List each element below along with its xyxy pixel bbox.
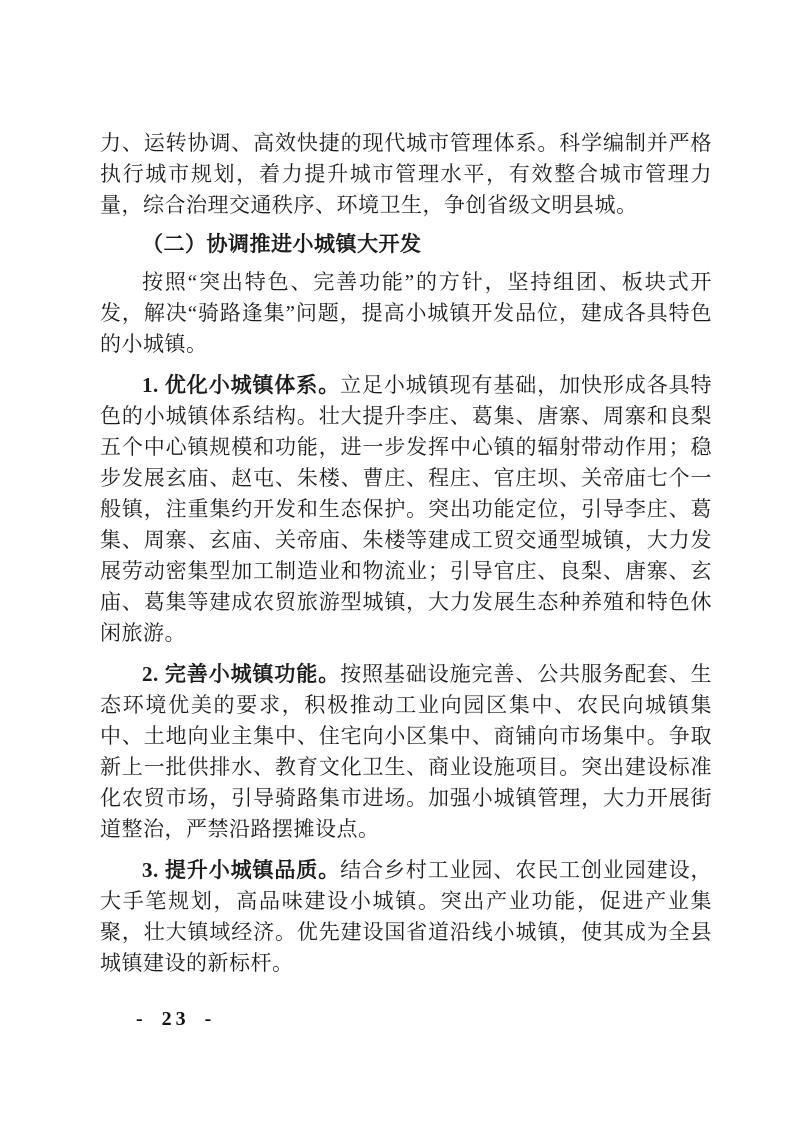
item-1-text: 立足小城镇现有基础，加快形成各具特色的小城镇体系结构。壮大提升李庄、葛集、唐寨、… bbox=[100, 373, 712, 645]
paragraph-item-3: 3. 提升小城镇品质。结合乡村工业园、农民工创业园建设，大手笔规划，高品味建设小… bbox=[100, 855, 712, 979]
paragraph-item-1: 1. 优化小城镇体系。立足小城镇现有基础，加快形成各具特色的小城镇体系结构。壮大… bbox=[100, 370, 712, 649]
document-body: 力、运转协调、高效快捷的现代城市管理体系。科学编制并严格执行城市规划，着力提升城… bbox=[100, 128, 712, 979]
section-heading: （二）协调推进小城镇大开发 bbox=[100, 229, 712, 260]
page-number: - 23 - bbox=[136, 1008, 215, 1031]
item-1-lead: 1. 优化小城镇体系。 bbox=[142, 373, 340, 397]
paragraph-item-2: 2. 完善小城镇功能。按照基础设施完善、公共服务配套、生态环境优美的要求，积极推… bbox=[100, 659, 712, 845]
item-3-lead: 3. 提升小城镇品质。 bbox=[142, 858, 340, 882]
paragraph-intro: 按照“突出特色、完善功能”的方针，坚持组团、板块式开发，解决“骑路逢集”问题，提… bbox=[100, 267, 712, 360]
paragraph-continuation: 力、运转协调、高效快捷的现代城市管理体系。科学编制并严格执行城市规划，着力提升城… bbox=[100, 128, 712, 221]
item-2-lead: 2. 完善小城镇功能。 bbox=[142, 662, 340, 686]
document-page: 力、运转协调、高效快捷的现代城市管理体系。科学编制并严格执行城市规划，着力提升城… bbox=[0, 0, 793, 1122]
item-2-text: 按照基础设施完善、公共服务配套、生态环境优美的要求，积极推动工业向园区集中、农民… bbox=[100, 662, 712, 841]
